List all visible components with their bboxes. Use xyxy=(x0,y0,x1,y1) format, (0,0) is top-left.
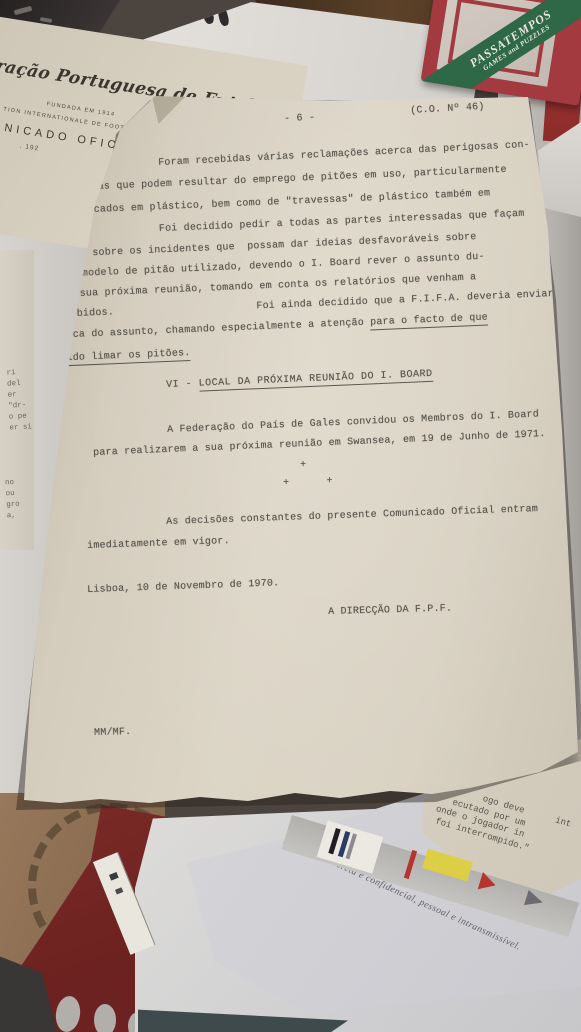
folder-blob xyxy=(94,1004,116,1032)
cropped-print-mark xyxy=(141,0,152,17)
strip-mark xyxy=(109,872,119,881)
paper-sliver-left: ri del er "dr- o pe er si no ou gro a, xyxy=(0,250,34,550)
desk-photo: { "letterhead": { "script_title": "ração… xyxy=(0,0,581,1032)
cropped-print-mark xyxy=(154,0,165,15)
letterhead-number: . 192 xyxy=(19,143,39,154)
cropped-print-mark xyxy=(201,3,216,25)
page-number: - 6 - xyxy=(284,113,315,126)
folder-blob xyxy=(54,995,83,1032)
separator-plus: + xyxy=(300,460,307,472)
separator-plus-row: + + xyxy=(283,476,333,490)
heading-prefix: VI - xyxy=(166,379,199,391)
sliver-text-fragment: ri del er "dr- o pe er si xyxy=(6,367,32,434)
strip-mark xyxy=(115,887,123,894)
cropped-print-mark xyxy=(217,7,230,27)
sliver-text-fragment: no ou gro a, xyxy=(5,478,21,523)
faint-mark xyxy=(40,17,53,23)
initials: MM/MF. xyxy=(94,727,132,740)
faint-mark xyxy=(14,6,33,15)
